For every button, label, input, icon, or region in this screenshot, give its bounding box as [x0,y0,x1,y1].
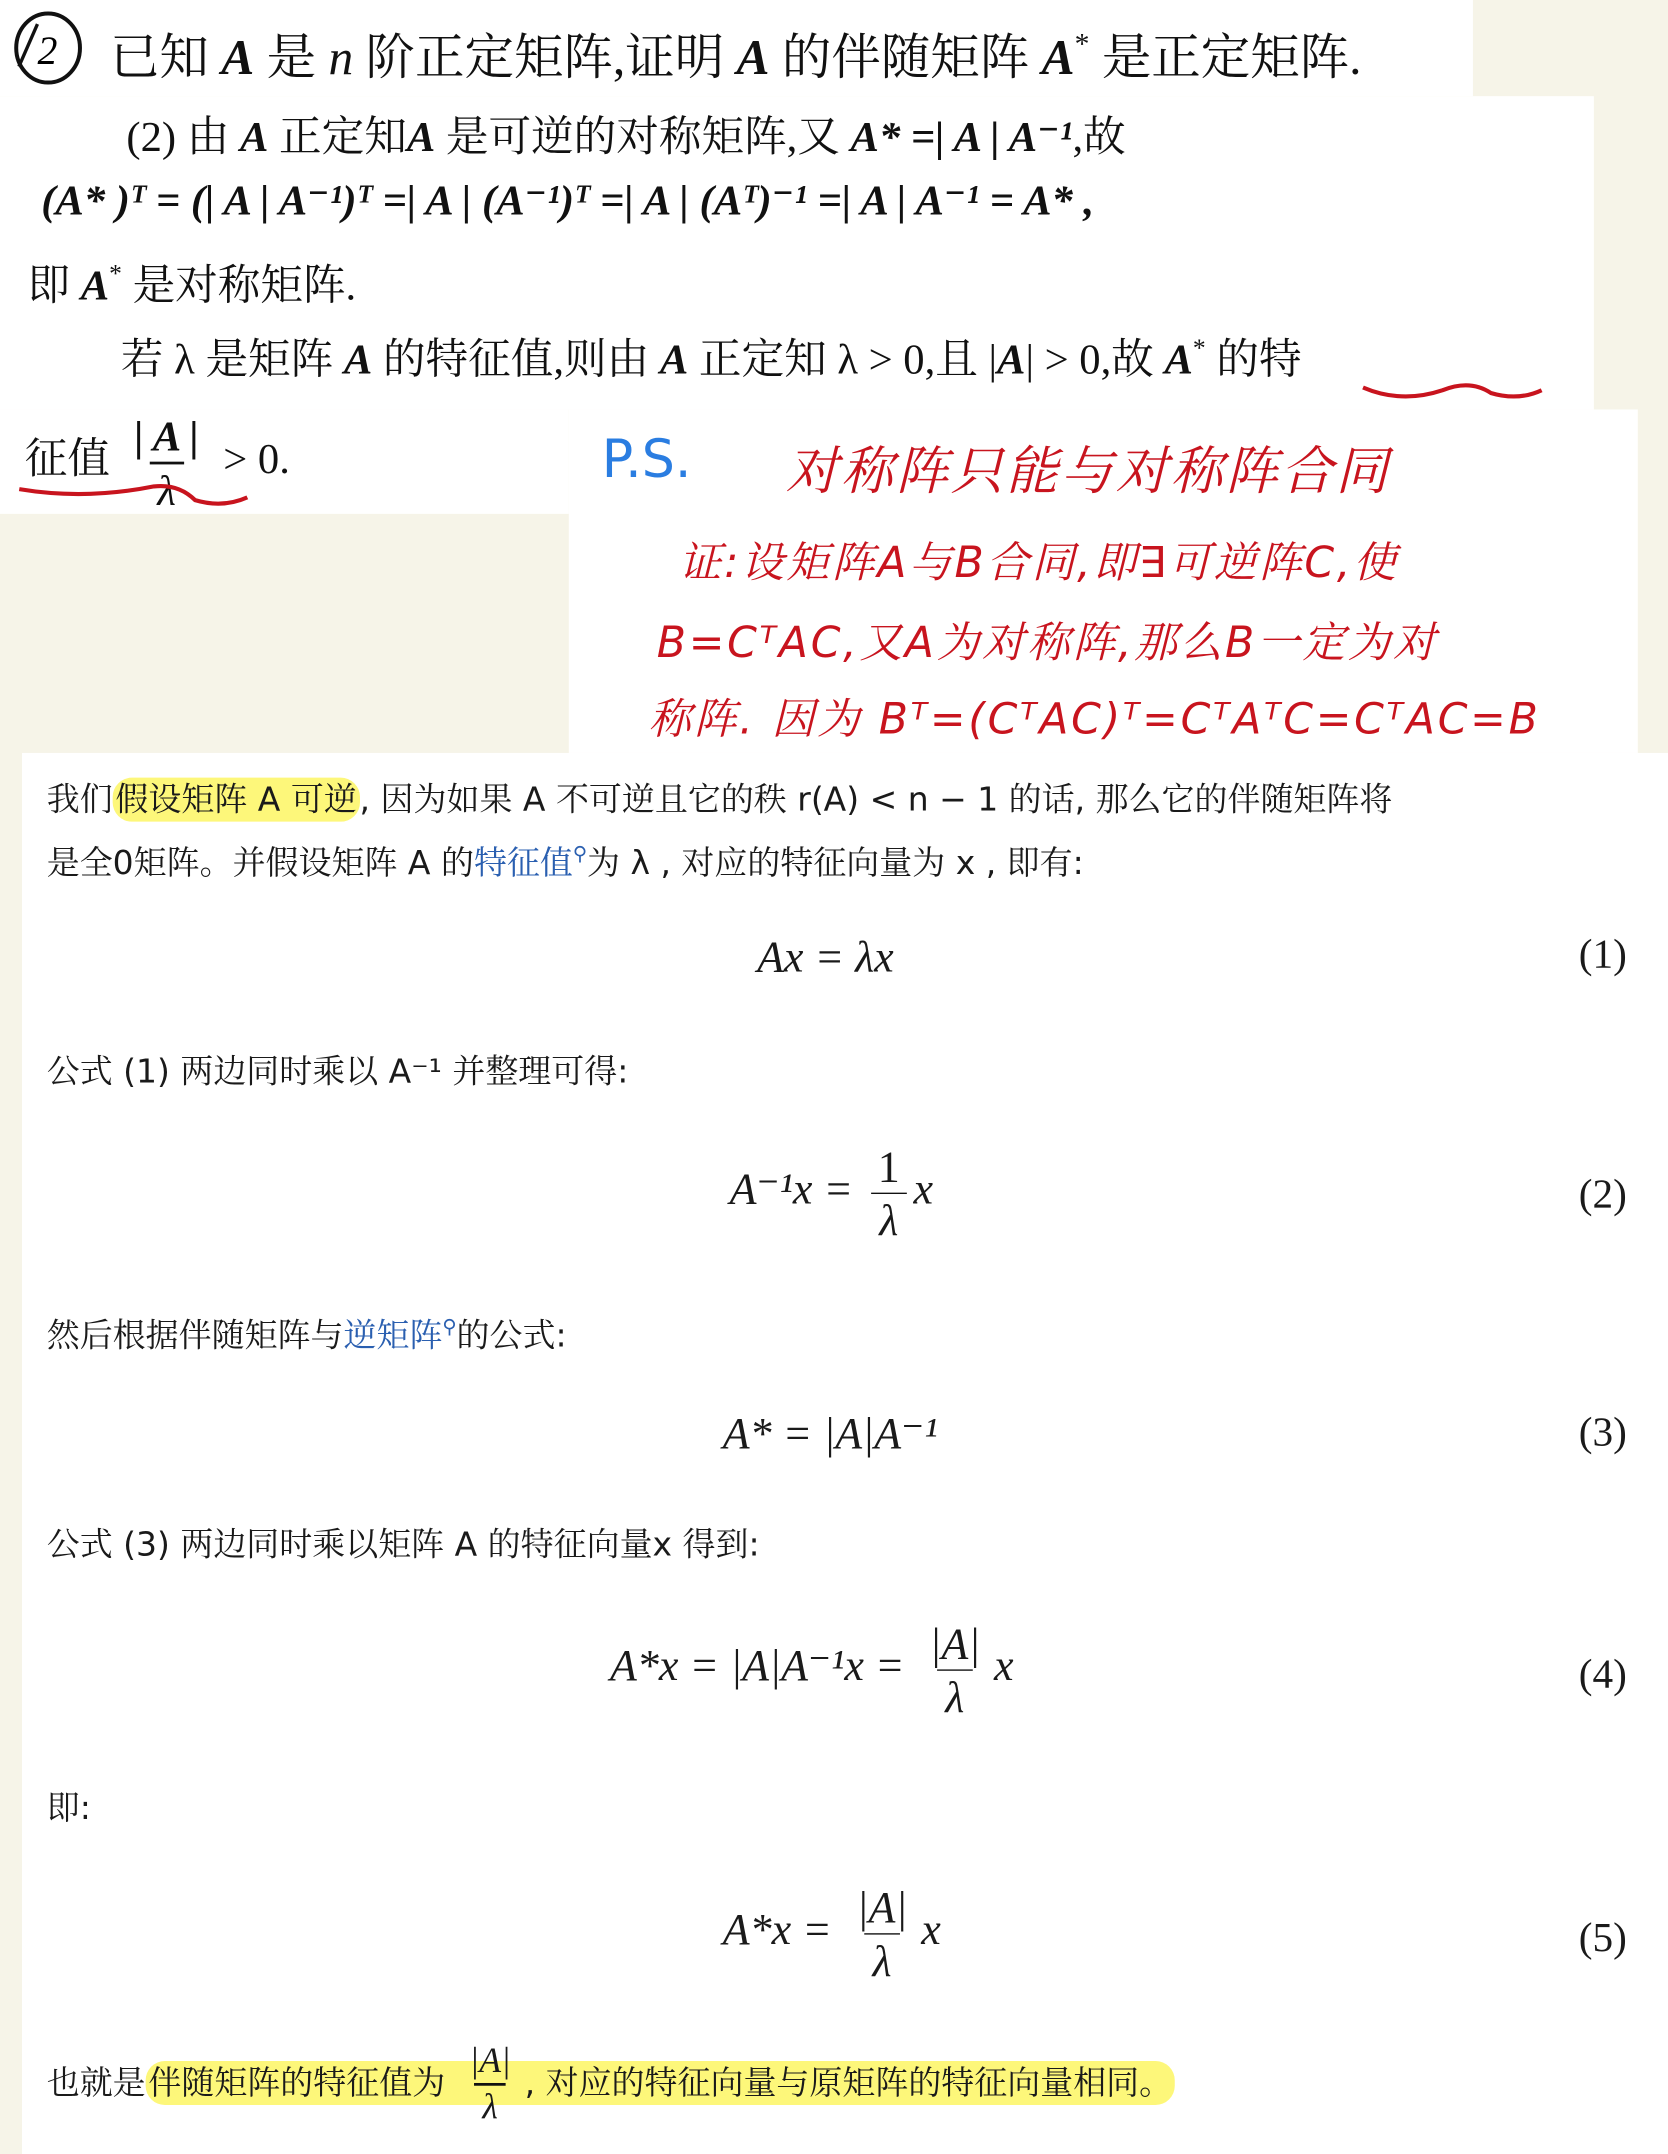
equation-2: A⁻¹x = 1λx [730,1145,933,1243]
proof-line-3: 即 A* 是对称矩阵. [27,250,356,312]
equation-5: A*x = |A|λx [723,1885,941,1983]
equation-number: (5) [1579,1915,1627,1962]
equation-3: A* = |A|A⁻¹ [723,1407,938,1459]
proof-conclusion: 征值 | A | λ > 0. [0,409,569,513]
link-inverse-matrix[interactable]: 逆矩阵 [344,1316,443,1354]
search-icon[interactable]: ⚲ [442,1316,456,1338]
link-eigenvalue[interactable]: 特征值 [474,844,573,882]
search-icon[interactable]: ⚲ [573,844,587,866]
paragraph-adjugate: 然后根据伴随矩阵与逆矩阵⚲的公式: [47,1297,567,1366]
equation-1: Ax = λx [757,932,894,983]
highlight: 伴随矩阵的特征值为 |A|λ, 对应的特征向量与原矩阵的特征向量相同。 [146,2061,1175,2105]
paragraph-formula-1: 公式 (1) 两边同时乘以 A⁻¹ 并整理可得: [47,1041,629,1101]
proof-line-2: (A* )ᵀ = (| A | A⁻¹)ᵀ =| A | (A⁻¹)ᵀ =| A… [41,176,1094,225]
problem-statement: 已知 A 是 n 阶正定矩阵,证明 A 的伴随矩阵 A* 是正定矩阵. [110,19,1362,89]
highlight: 假设矩阵 A 可逆 [113,778,360,822]
paragraph-eigen: 是全0矩阵。并假设矩阵 A 的特征值⚲为 λ , 对应的特征向量为 x , 即有… [47,824,1084,893]
paragraph-formula-3: 公式 (3) 两边同时乘以矩阵 A 的特征向量x 得到: [47,1514,760,1574]
svg-text:2: 2 [37,28,57,73]
circled-number-icon: 2 [8,5,88,85]
note-line-4: 称阵. 因为 Bᵀ=(CᵀAC)ᵀ=CᵀAᵀC=CᵀAC=B [649,684,1541,746]
proof-line-1: (2) 由 A 正定知A 是可逆的对称矩阵,又 A* =| A | A⁻¹,故 [126,102,1125,164]
red-underline-icon [1360,374,1545,404]
red-underline-icon [16,478,250,511]
ps-label: P.S. [602,429,692,489]
paragraph-conclusion: 也就是伴随矩阵的特征值为 |A|λ, 对应的特征向量与原矩阵的特征向量相同。 [47,2042,1175,2126]
note-line-3: B=CᵀAC,又A为对称阵,那么B一定为对 [657,607,1439,669]
paragraph-namely: 即: [47,1778,91,1838]
equation-number: (2) [1579,1172,1627,1219]
problem-title: 2 已知 A 是 n 阶正定矩阵,证明 A 的伴随矩阵 A* 是正定矩阵. [0,0,1473,96]
equation-number: (3) [1579,1410,1627,1457]
proof-line-4: 若 λ 是矩阵 A 的特征值,则由 A 正定知 λ > 0,且 |A| > 0,… [121,324,1302,386]
article-block: 我们假设矩阵 A 可逆, 因为如果 A 不可逆且它的秩 r(A) < n − 1… [22,753,1668,2154]
handwritten-note: P.S. 对称阵只能与对称阵合同 证:设矩阵A与B合同,即∃可逆阵C,使 B=C… [569,409,1638,752]
note-line-1: 对称阵只能与对称阵合同 [786,429,1391,505]
equation-number: (1) [1579,932,1627,979]
equation-number: (4) [1579,1652,1627,1699]
proof-block: (2) 由 A 正定知A 是可逆的对称矩阵,又 A* =| A | A⁻¹,故 … [0,96,1594,409]
paragraph-assumption: 我们假设矩阵 A 可逆, 因为如果 A 不可逆且它的秩 r(A) < n − 1… [47,769,1393,829]
page: 2 已知 A 是 n 阶正定矩阵,证明 A 的伴随矩阵 A* 是正定矩阵. (2… [0,0,1668,2154]
note-line-2: 证:设矩阵A与B合同,即∃可逆阵C,使 [679,528,1399,590]
equation-4: A*x = |A|A⁻¹x = |A|λx [610,1621,1013,1719]
